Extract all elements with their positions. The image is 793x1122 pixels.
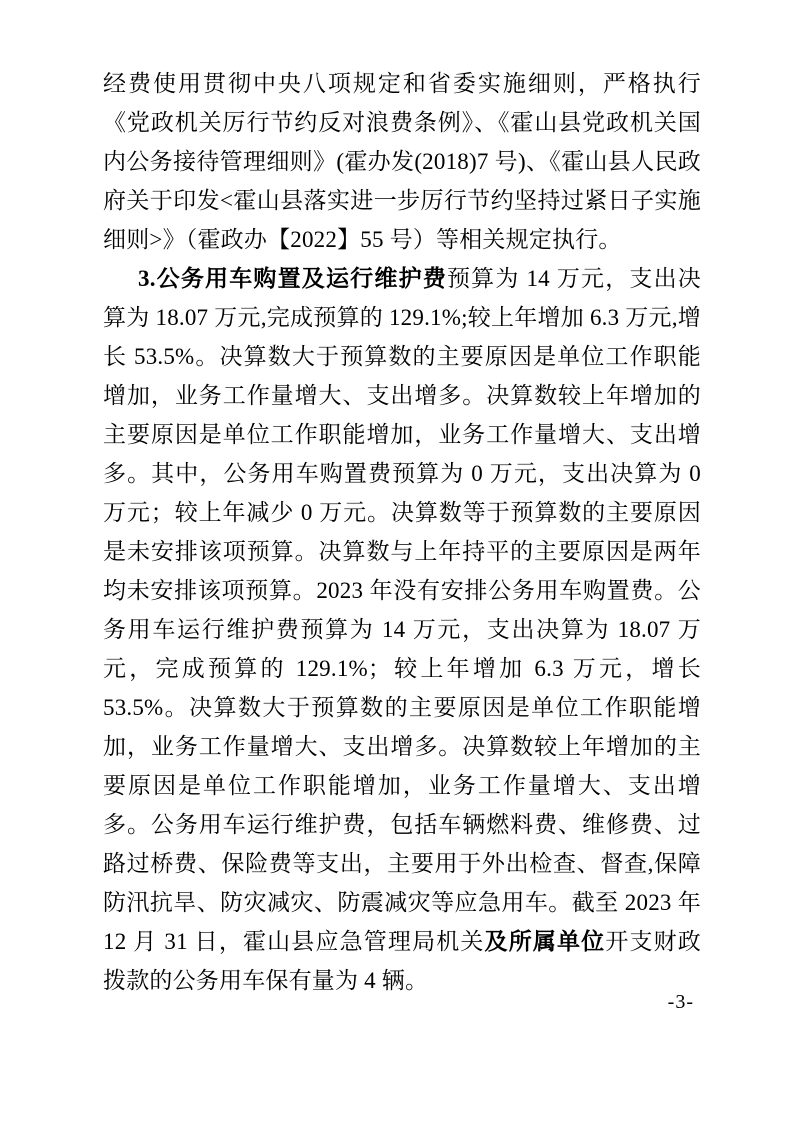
document-page: 经费使用贯彻中央八项规定和省委实施细则，严格执行《党政机关厉行节约反对浪费条例》… — [0, 0, 793, 1122]
document-body-text: 经费使用贯彻中央八项规定和省委实施细则，严格执行《党政机关厉行节约反对浪费条例》… — [103, 64, 701, 1000]
paragraph-text: 预算为 14 万元，支出决算为 18.07 万元,完成预算的 129.1%;较上… — [103, 266, 701, 954]
paragraph-text: 经费使用贯彻中央八项规定和省委实施细则，严格执行《党政机关厉行节约反对浪费条例》… — [103, 71, 701, 252]
affiliated-units-bold-inline: 及所属单位 — [485, 929, 606, 954]
paragraph-vehicle-expenses: 3.公务用车购置及运行维护费预算为 14 万元，支出决算为 18.07 万元,完… — [103, 259, 701, 1000]
paragraph-regulations-continuation: 经费使用贯彻中央八项规定和省委实施细则，严格执行《党政机关厉行节约反对浪费条例》… — [103, 64, 701, 259]
vehicle-expenses-heading-inline: 3.公务用车购置及运行维护费 — [138, 266, 447, 291]
page-number: -3- — [668, 991, 694, 1013]
